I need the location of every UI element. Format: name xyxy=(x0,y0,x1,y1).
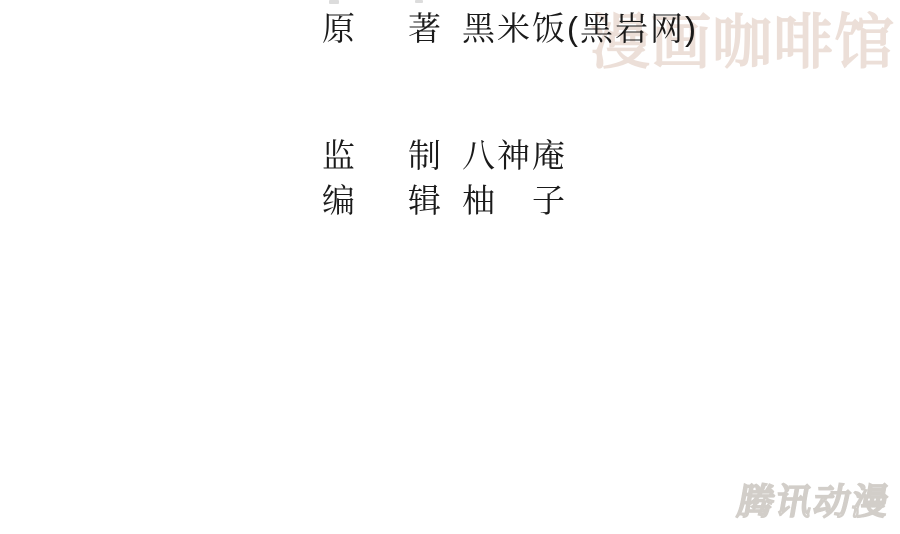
credit-role-char: 原 xyxy=(322,11,355,47)
credit-line-editor: 编 辑 柚 子 xyxy=(0,183,900,221)
manga-credits-page: 漫画咖啡馆 原 著 黑米饭(黑岩网) 监 制 八神庵 编 辑 柚 子 腾讯动漫 xyxy=(0,0,900,534)
credit-role-char: 制 xyxy=(408,138,441,174)
credit-line-supervisor: 监 制 八神庵 xyxy=(0,138,900,176)
tencent-comics-logo: 腾讯动漫 xyxy=(734,482,893,522)
credit-name: 柚 子 xyxy=(462,183,567,219)
cropped-text-remnant xyxy=(329,0,339,4)
credit-role-char: 编 xyxy=(322,183,355,219)
credit-role-char: 著 xyxy=(408,11,441,47)
credit-line-original-author: 原 著 黑米饭(黑岩网) xyxy=(0,11,900,49)
credit-role-char: 辑 xyxy=(408,183,441,219)
credit-name: 黑米饭(黑岩网) xyxy=(462,11,698,47)
cropped-text-remnant xyxy=(415,0,423,3)
credit-name: 八神庵 xyxy=(462,138,567,174)
credit-role-char: 监 xyxy=(322,138,355,174)
